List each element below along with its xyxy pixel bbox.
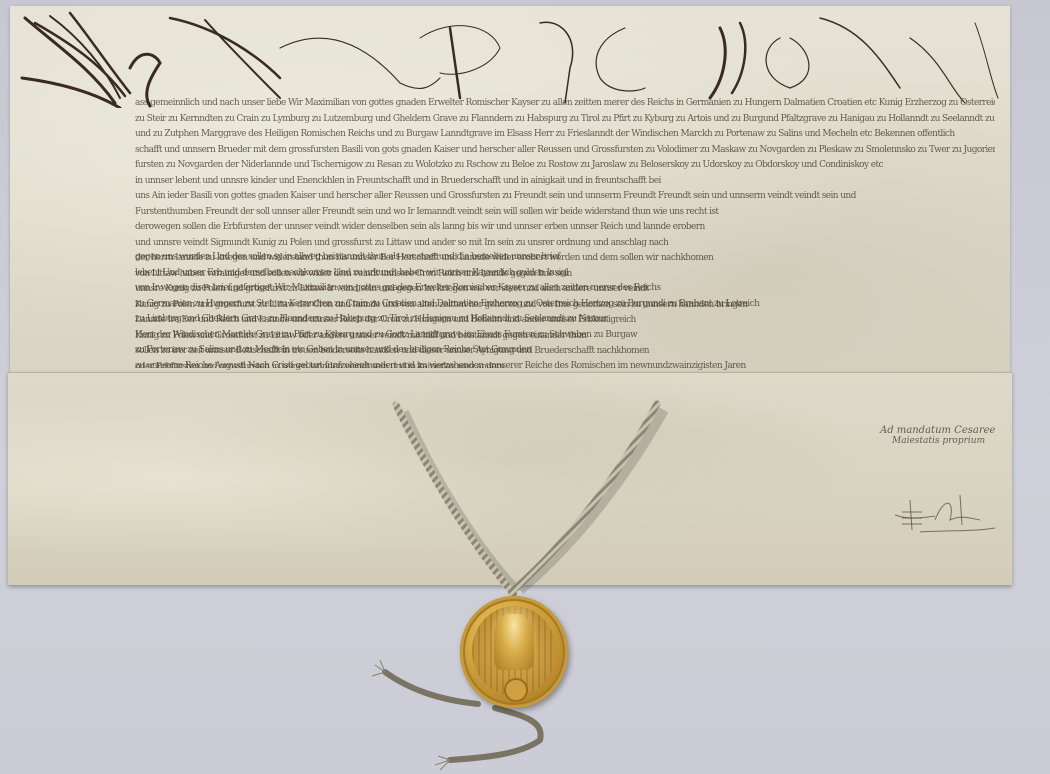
chancery-note-line: Maiestatis proprium	[892, 436, 1000, 446]
chancery-note-line: Ad mandatum Cesaree	[880, 425, 1000, 436]
text-line: Herr der Windischen Marckh Grave zu Pfir…	[135, 328, 995, 344]
text-line: und zu Zutphen Marggrave des Heiligen Ro…	[135, 127, 995, 143]
charter-text-lower: gegen uns wurden Und des sollen sy in al…	[135, 250, 995, 372]
text-line: lebent Und unser Erb und derselben nachk…	[135, 266, 995, 282]
text-line: zu Limburg und Gheldern Grave zu Flannde…	[135, 312, 995, 328]
charter-plica	[8, 372, 1012, 585]
text-line: zu Germanien zu Hungern zu Steir zu Kern…	[135, 297, 995, 313]
decorative-initials	[20, 8, 1000, 108]
text-line: ass gemeinnlich und nach unser liebe Wir…	[135, 96, 995, 112]
gold-seal	[460, 596, 568, 708]
text-line: gegen uns wurden Und des sollen sy in al…	[135, 250, 995, 266]
text-line: und unnsre veindt Sigmundt Kunig zu Pole…	[135, 236, 995, 252]
seal-emblem-icon	[504, 678, 528, 702]
monogram-icon	[890, 490, 1000, 535]
calligraphic-flourish-icon	[20, 8, 1000, 108]
text-line: fursten zu Novgarden der Niderlannde und…	[135, 158, 995, 174]
enthroned-emperor-icon	[494, 614, 534, 670]
text-line: schafft und unnsern Brueder mit dem gros…	[135, 143, 995, 159]
text-line: zu Steir zu Kernndten zu Crain zu Lymbur…	[135, 112, 995, 128]
text-line: zu unnserm Reiche Augusti Nach Cristi ge…	[135, 359, 995, 373]
text-line: derowegen sollen die Erbfursten der unns…	[135, 220, 995, 236]
text-line: Furstenthumben Freundt der soll unnser a…	[135, 205, 995, 221]
text-line: von Ir wegen dises brief gefertiget Wir …	[135, 281, 995, 297]
text-line: in unnser lebent und unnsre kinder und E…	[135, 174, 995, 190]
text-line: zu Portenaw zu Salins und zu Mecheln etc…	[135, 343, 995, 359]
text-line: uns Ain ieder Basili von gottes gnaden K…	[135, 189, 995, 205]
chancery-note: Ad mandatum Cesaree Maiestatis proprium	[880, 425, 1000, 465]
signature-monogram	[890, 490, 1000, 535]
